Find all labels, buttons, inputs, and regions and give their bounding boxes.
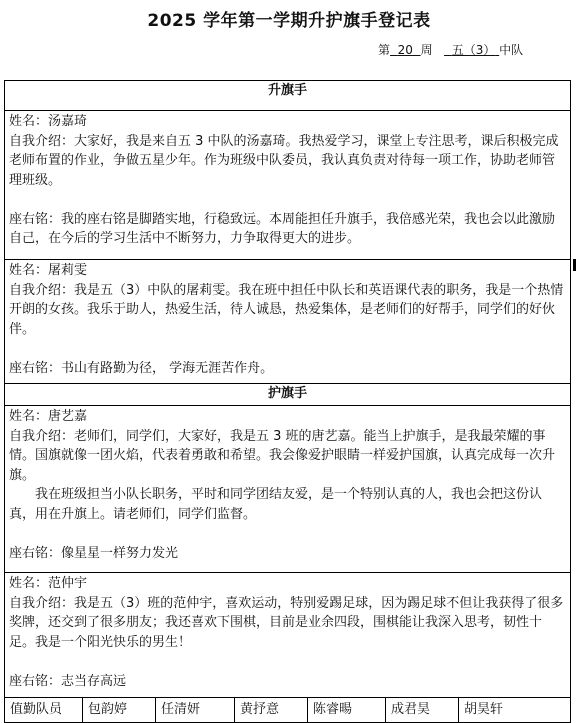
- self-intro: 自我介绍：我是五（3）班的范仲宇，喜欢运动，特别爱踢足球，因为踢足球不但让我获得…: [9, 594, 566, 653]
- motto: 座右铭：我的座右铭是脚踏实地，行稳致远。本周能担任升旗手，我倍感光荣，我也会以此…: [9, 210, 566, 249]
- student-name: 姓名：汤嘉琦: [9, 112, 566, 132]
- class-suffix: 中队: [499, 43, 523, 57]
- flag-guard-entry: 姓名：唐艺嘉 自我介绍：老师们，同学们，大家好，我是五 3 班的唐艺嘉。能当上护…: [5, 406, 570, 573]
- student-name: 姓名：范仲宇: [9, 574, 566, 594]
- duty-member: 陈睿暘: [308, 698, 386, 722]
- week-class-line: 第 20 周 五（3） 中队: [378, 41, 523, 58]
- student-name: 姓名：唐艺嘉: [9, 407, 566, 427]
- self-intro: 自我介绍：大家好，我是来自五 3 中队的汤嘉琦。我热爱学习，课堂上专注思考，课后…: [9, 132, 566, 191]
- class-name: 五（3）: [444, 43, 495, 57]
- text-cursor-mark: [573, 259, 576, 271]
- week-number: 20: [390, 43, 421, 57]
- duty-members-row: 值勤队员 包韵婷 任清妍 黄抒意 陈睿暘 成君昊 胡昊轩: [5, 698, 570, 722]
- motto: 座右铭：像星星一样努力发光: [9, 544, 566, 564]
- flag-raiser-entry: 姓名：汤嘉琦 自我介绍：大家好，我是来自五 3 中队的汤嘉琦。我热爱学习，课堂上…: [5, 111, 570, 260]
- flag-raiser-header: 升旗手: [5, 81, 570, 111]
- motto: 座右铭：书山有路勤为径， 学海无涯苦作舟。: [9, 359, 566, 379]
- flag-guard-header: 护旗手: [5, 384, 570, 406]
- duty-member: 成君昊: [386, 698, 459, 722]
- duty-member: 胡昊轩: [459, 698, 570, 722]
- self-intro-paragraph-2: 我在班级担当小队长职务，平时和同学团结友爱，是一个特别认真的人，我也会把这份认真…: [9, 485, 566, 524]
- duty-label: 值勤队员: [5, 698, 83, 722]
- registration-table: 升旗手 姓名：汤嘉琦 自我介绍：大家好，我是来自五 3 中队的汤嘉琦。我热爱学习…: [4, 80, 571, 723]
- motto: 座右铭：志当存高远: [9, 672, 566, 692]
- duty-member: 任清妍: [156, 698, 235, 722]
- flag-guard-entry: 姓名：范仲宇 自我介绍：我是五（3）班的范仲宇，喜欢运动，特别爱踢足球，因为踢足…: [5, 573, 570, 698]
- self-intro: 自我介绍：我是五（3）中队的屠莉雯。我在班中担任中队长和英语课代表的职务，我是一…: [9, 281, 566, 340]
- self-intro: 自我介绍：老师们，同学们，大家好，我是五 3 班的唐艺嘉。能当上护旗手，是我最荣…: [9, 427, 566, 486]
- week-prefix: 第: [378, 43, 390, 57]
- student-name: 姓名：屠莉雯: [9, 261, 566, 281]
- duty-member: 黄抒意: [235, 698, 308, 722]
- flag-raiser-entry: 姓名：屠莉雯 自我介绍：我是五（3）中队的屠莉雯。我在班中担任中队长和英语课代表…: [5, 260, 570, 384]
- week-suffix: 周: [421, 43, 433, 57]
- document-title: 2025 学年第一学期升护旗手登记表: [0, 6, 578, 31]
- duty-member: 包韵婷: [83, 698, 156, 722]
